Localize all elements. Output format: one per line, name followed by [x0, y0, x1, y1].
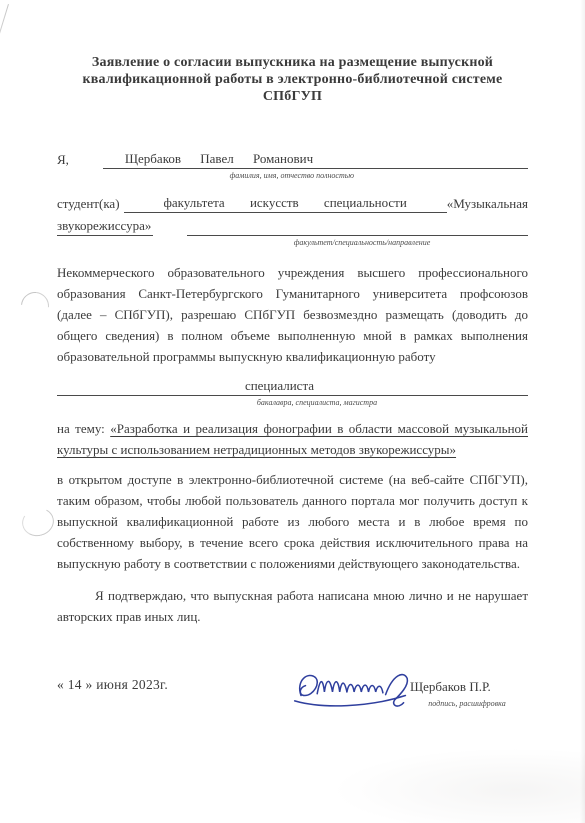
university-paragraph: Некоммерческого образовательного учрежде… [57, 262, 528, 367]
signature-name: Щербаков П.Р. [410, 679, 491, 695]
topic-paragraph: на тему: «Разработка и реализация фоногр… [57, 418, 528, 460]
document-title-line-1: Заявление о согласии выпускника на разме… [57, 54, 528, 71]
date-line: « 14 » июня 2023г. [57, 677, 168, 693]
signature-block: Щербаков П.Р. подпись, расшифровка [292, 665, 532, 725]
document-title: Заявление о согласии выпускника на разме… [57, 54, 528, 105]
degree-caption: бакалавра, специалиста, магистра [207, 397, 427, 408]
student-label: студент(ка) [57, 194, 120, 213]
full-name-field: Щербаков Павел Романович [103, 149, 528, 169]
degree-line-left [57, 395, 239, 396]
access-paragraph: в открытом доступе в электронно-библиоте… [57, 469, 528, 574]
degree-row: специалиста [57, 376, 528, 396]
student-row-2: звукорежиссура» [57, 216, 528, 236]
degree-line-right [320, 395, 528, 396]
scanned-document-page: Заявление о согласии выпускника на разме… [0, 0, 585, 823]
topic-label: на тему: [57, 421, 105, 436]
declarant-row: Я, Щербаков Павел Романович [57, 149, 528, 169]
topic-title: «Разработка и реализация фонографии в об… [57, 421, 528, 457]
student-row-1: студент(ка) факультета искусств специаль… [57, 193, 528, 213]
handwritten-signature-icon [292, 665, 427, 717]
footer-row: « 14 » июня 2023г. Щербаков П.Р. подпись… [57, 677, 528, 693]
document-title-line-3: СПбГУП [57, 88, 528, 105]
program-name-rest: звукорежиссура» [57, 216, 153, 236]
program-name-first: «Музыкальная [447, 194, 528, 213]
faculty-caption: факультет/специальность/направление [237, 237, 487, 248]
signature-caption: подпись, расшифровка [412, 698, 522, 709]
full-name-caption: фамилия, имя, отчество полностью [127, 170, 457, 181]
faculty-specialty-field: факультета искусств специальности [124, 193, 447, 213]
confirmation-paragraph: Я подтверждаю, что выпускная работа напи… [57, 585, 528, 627]
faculty-field-line [187, 235, 528, 236]
declarant-label: Я, [57, 150, 69, 169]
document-title-line-2: квалификационной работы в электронно-биб… [57, 71, 528, 88]
degree-value: специалиста [239, 376, 320, 396]
